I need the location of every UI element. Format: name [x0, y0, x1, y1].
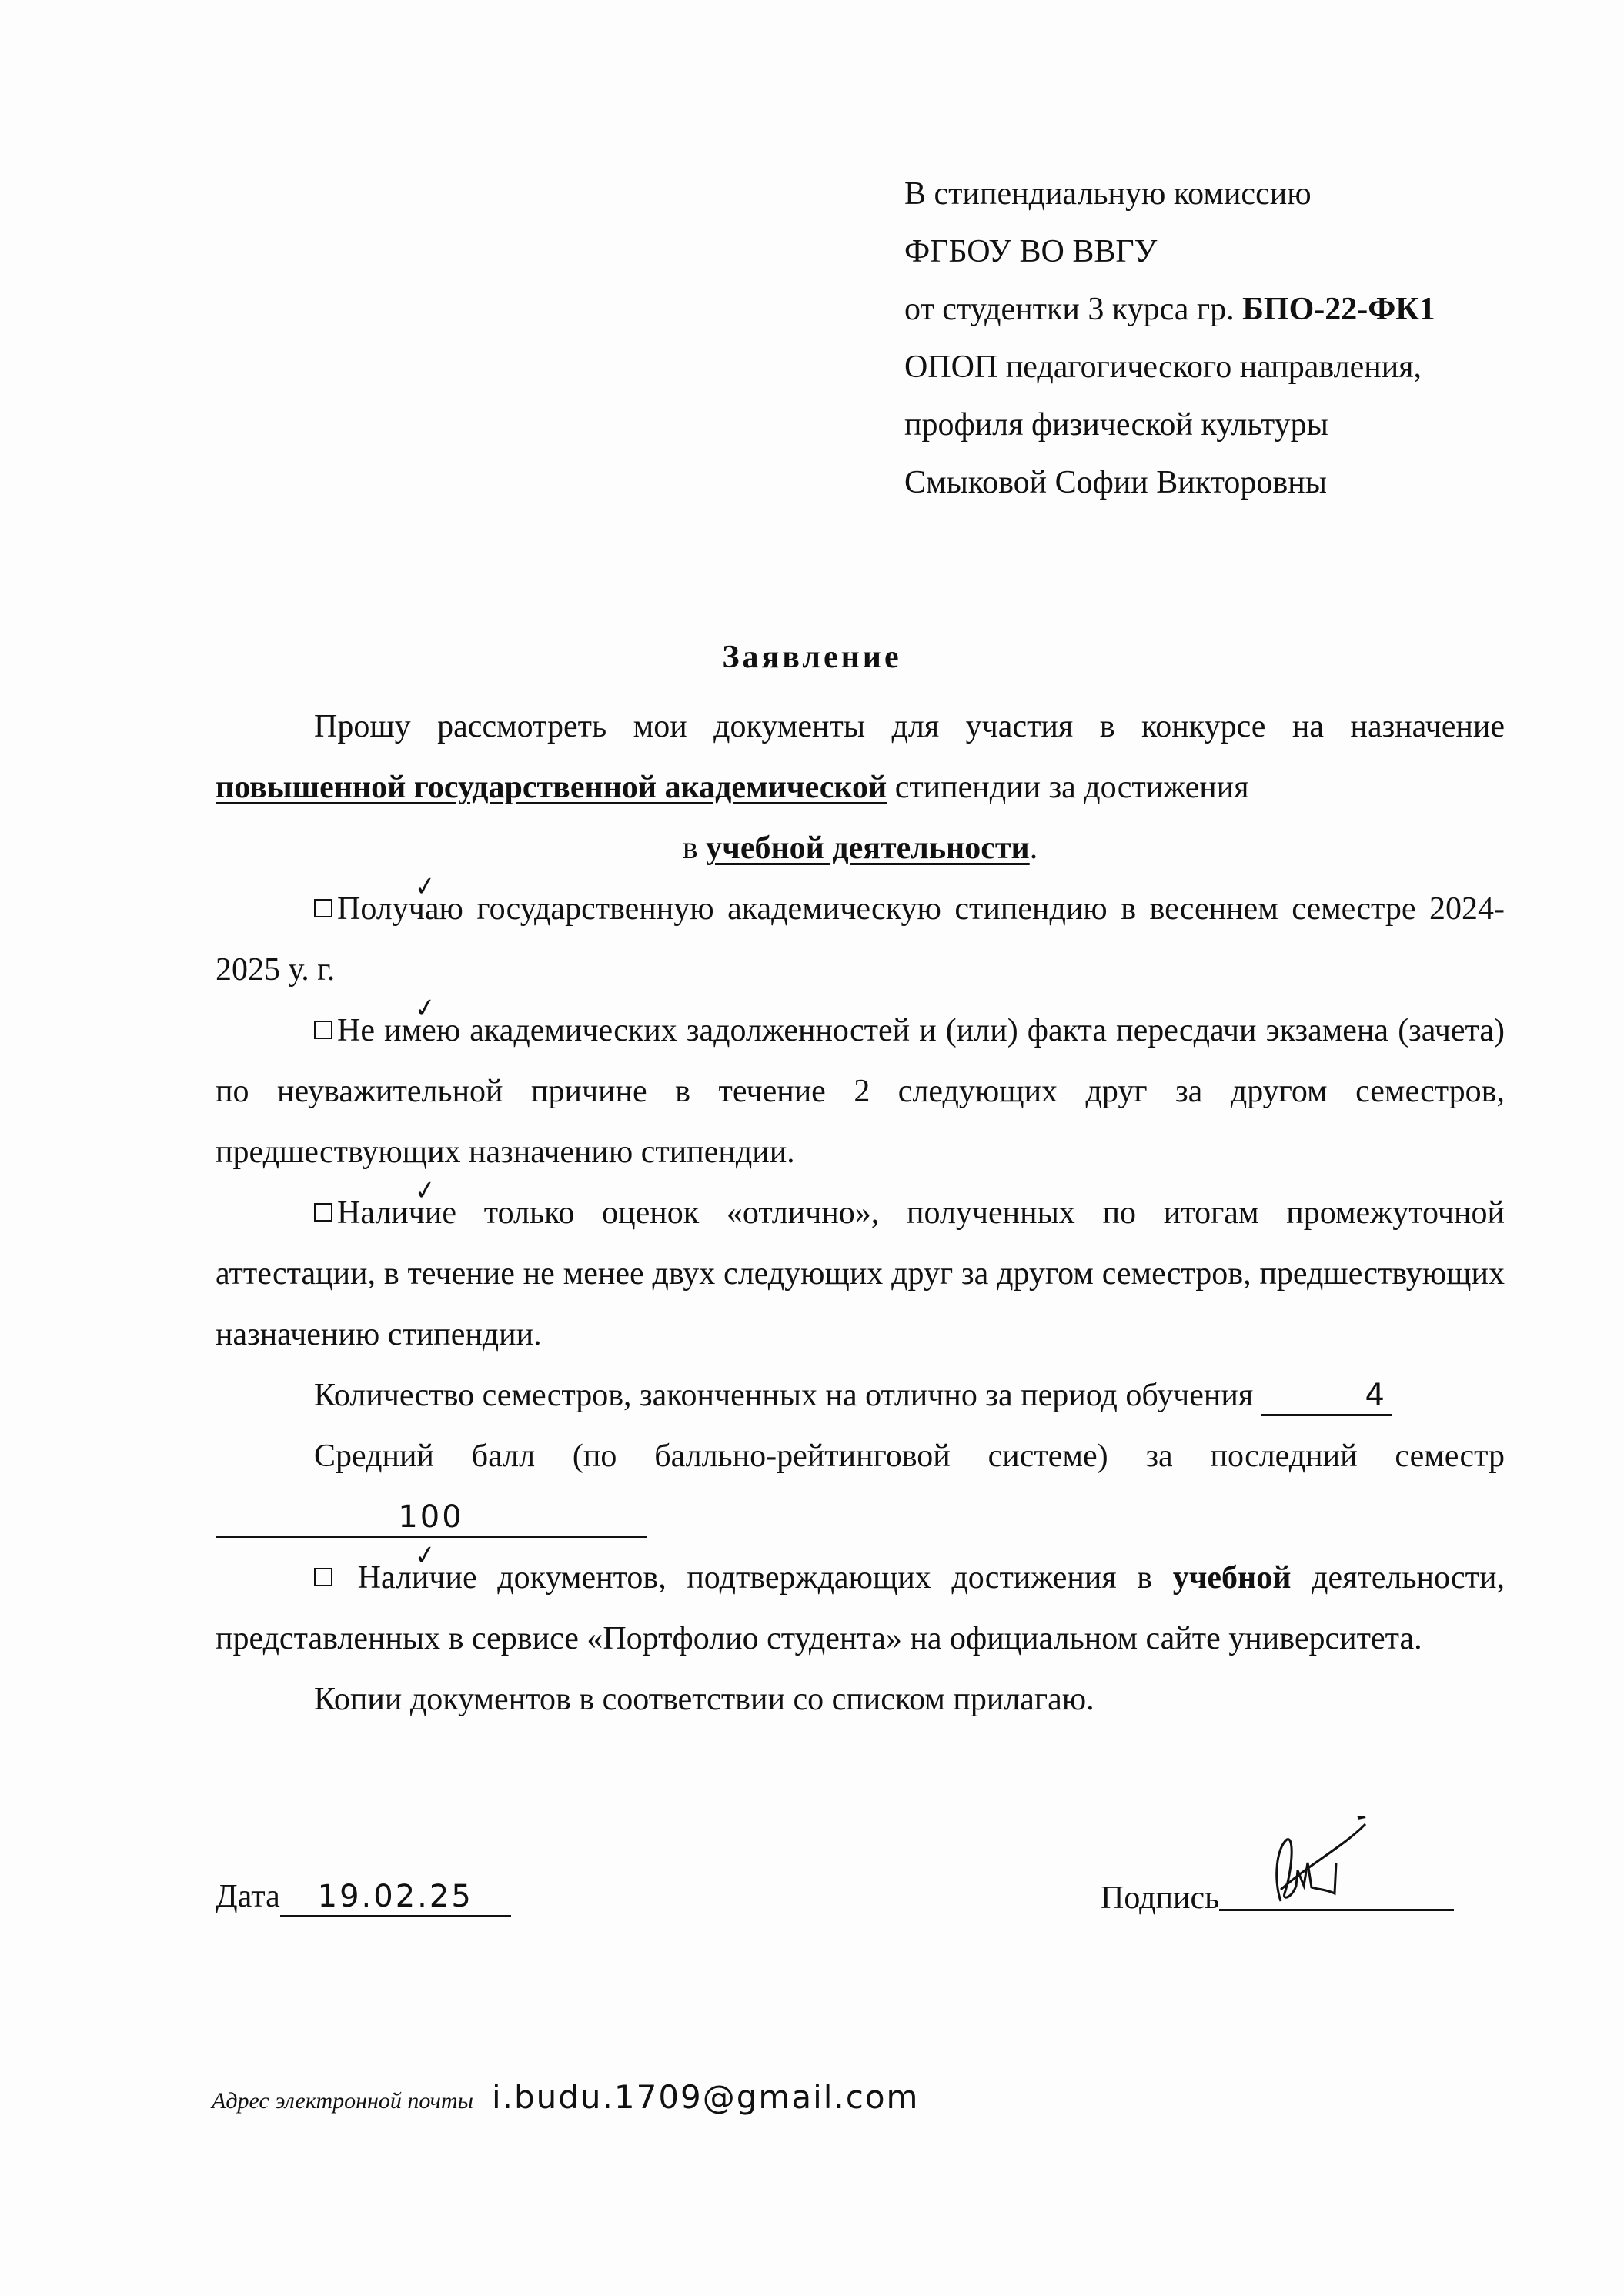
avg-score-field: Средний балл (по балльно-рейтинговой сис… [216, 1426, 1505, 1487]
activity-type: учебной деятельности [706, 831, 1030, 866]
intro-activity-line: в учебной деятельности. [216, 818, 1505, 879]
application-body: Прошу рассмотреть мои документы для учас… [216, 697, 1505, 1730]
student-name: Смыковой Софии Викторовны [904, 454, 1435, 512]
criteria-text: Наличие только оценок «отлично», получен… [216, 1195, 1505, 1352]
avg-score-label: Средний балл (по балльно-рейтинговой сис… [314, 1439, 1505, 1474]
criteria-text: Получаю государственную академическую ст… [216, 891, 1505, 988]
criteria-item: ✓Получаю государственную академическую с… [216, 879, 1505, 1001]
addressee-line: В стипендиальную комиссию [904, 165, 1435, 223]
attachments-paragraph: Копии документов в соответствии со списк… [216, 1669, 1505, 1730]
addressee-line: ФГБОУ ВО ВВГУ [904, 223, 1435, 281]
activity-text: учебной деятельности [706, 831, 1030, 866]
criteria-item: ✓Не имею академических задолженностей и … [216, 1001, 1505, 1183]
criteria-text: Не имею академических задолженностей и (… [216, 1013, 1505, 1170]
semesters-label: Количество семестров, законченных на отл… [314, 1378, 1253, 1413]
avg-score-value[interactable]: 100 [216, 1499, 647, 1538]
intro-text: стипендии за достижения [887, 770, 1248, 805]
addressee-line: ОПОП педагогического направления, [904, 339, 1435, 396]
signature-line[interactable] [1219, 1878, 1454, 1911]
documents-item: ✓ Наличие документов, подтверждающих дос… [216, 1548, 1505, 1669]
addressee-block: В стипендиальную комиссию ФГБОУ ВО ВВГУ … [904, 165, 1435, 512]
semesters-field: Количество семестров, законченных на отл… [216, 1365, 1505, 1426]
signature-field: Подпись [1101, 1878, 1454, 1917]
date-label: Дата [216, 1879, 280, 1914]
intro-end: . [1030, 831, 1038, 866]
documents-bold: учебной [1173, 1560, 1292, 1596]
signature-label: Подпись [1101, 1880, 1219, 1916]
email-value[interactable]: i.budu.1709@gmail.com [492, 2078, 920, 2116]
avg-score-line: 100 [216, 1487, 1505, 1548]
date-field: Дата19.02.25 [216, 1878, 511, 1917]
scholarship-type: повышенной государственной академической [216, 770, 887, 805]
intro-paragraph: Прошу рассмотреть мои документы для учас… [216, 697, 1505, 818]
signature-icon [1250, 1816, 1404, 1917]
checkbox-checked[interactable]: ✓ [314, 1568, 332, 1586]
criteria-item: ✓Наличие только оценок «отлично», получе… [216, 1183, 1505, 1365]
addressee-line: от студентки 3 курса гр. БПО-22-ФК1 [904, 281, 1435, 339]
intro-prep: в [683, 831, 706, 866]
student-course: от студентки 3 курса гр. [904, 292, 1242, 327]
student-group: БПО-22-ФК1 [1242, 292, 1435, 327]
checkbox-checked[interactable]: ✓ [314, 1021, 332, 1039]
addressee-line: профиля физической культуры [904, 396, 1435, 454]
email-label: Адрес электронной почты [212, 2088, 473, 2114]
checkbox-checked[interactable]: ✓ [314, 899, 332, 917]
email-field: Адрес электронной почтыi.budu.1709@gmail… [212, 2078, 919, 2116]
document-title: Заявление [0, 639, 1624, 676]
intro-text: Прошу рассмотреть мои документы для учас… [314, 709, 1505, 744]
checkbox-checked[interactable]: ✓ [314, 1203, 332, 1222]
date-value[interactable]: 19.02.25 [280, 1878, 511, 1917]
semesters-value[interactable]: 4 [1261, 1377, 1392, 1416]
documents-text: Наличие документов, подтверждающих дости… [358, 1560, 1173, 1596]
application-page: В стипендиальную комиссию ФГБОУ ВО ВВГУ … [0, 0, 1624, 2296]
